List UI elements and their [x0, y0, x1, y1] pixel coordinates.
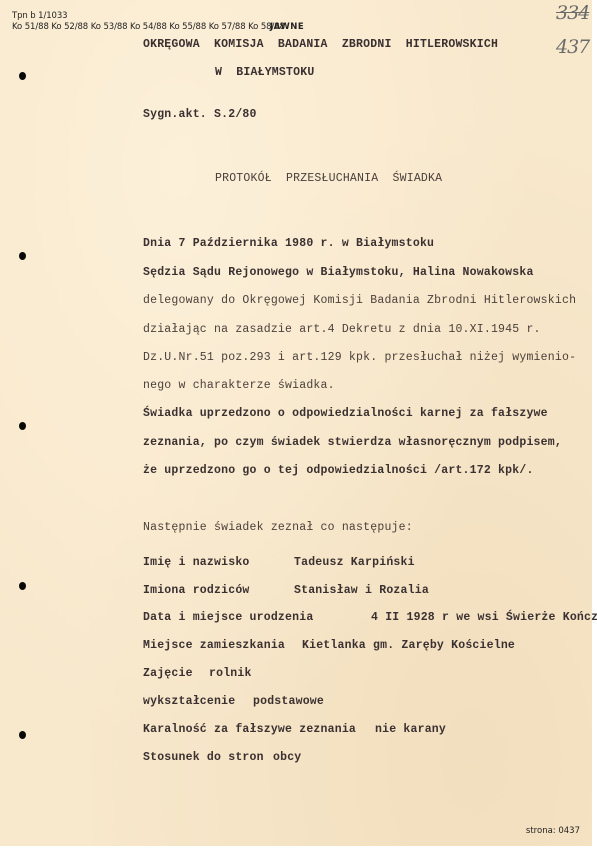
- document-page: Tpn b 1/1033 Ko 51/88 Ko 52/88 Ko 53/88 …: [0, 0, 592, 846]
- punch-hole: [19, 252, 26, 260]
- archive-signature-line-2: Ko 51/88 Ko 52/88 Ko 53/88 Ko 54/88 Ko 5…: [12, 22, 285, 32]
- page-number: strona: 0437: [526, 826, 580, 836]
- archive-signature-line-1: Tpn b 1/1033: [12, 11, 67, 21]
- field-value-occupation: rolnik: [209, 667, 252, 680]
- body-line: działając na zasadzie art.4 Dekretu z dn…: [143, 323, 541, 336]
- field-value-criminal-record: nie karany: [375, 723, 446, 736]
- handwritten-folio-old: 334: [556, 2, 589, 24]
- field-value-education: podstawowe: [253, 695, 324, 708]
- institution-heading: OKRĘGOWA KOMISJA BADANIA ZBRODNI HITLERO…: [143, 38, 498, 51]
- field-label-occupation: Zajęcie: [143, 667, 193, 680]
- institution-city: W BIAŁYMSTOKU: [215, 66, 314, 79]
- field-label-education: wykształcenie: [143, 695, 235, 708]
- field-value-relation: obcy: [273, 751, 301, 764]
- body-line: Dnia 7 Października 1980 r. w Białymstok…: [143, 237, 434, 250]
- field-label-name: Imię i nazwisko: [143, 556, 250, 569]
- body-line: nego w charakterze świadka.: [143, 379, 335, 392]
- field-label-relation: Stosunek do stron: [143, 751, 264, 764]
- testimony-intro: Następnie świadek zeznał co następuje:: [143, 521, 413, 534]
- punch-hole: [19, 731, 26, 739]
- body-line: delegowany do Okręgowej Komisji Badania …: [143, 294, 576, 307]
- body-line: Świadka uprzedzono o odpowiedzialności k…: [143, 407, 548, 420]
- case-number: Sygn.akt. S.2/80: [143, 108, 257, 121]
- field-value-birth: 4 II 1928 r we wsi Świerże Kończany: [371, 611, 597, 624]
- field-label-birth: Data i miejsce urodzenia: [143, 611, 313, 624]
- body-line: Dz.U.Nr.51 poz.293 i art.129 kpk. przesł…: [143, 351, 576, 364]
- punch-hole: [19, 582, 26, 590]
- body-line: Sędzia Sądu Rejonowego w Białymstoku, Ha…: [143, 266, 534, 279]
- classification-stamp: JAWNE: [270, 22, 304, 32]
- field-value-residence: Kietlanka gm. Zaręby Kościelne: [302, 639, 515, 652]
- handwritten-folio-new: 437: [556, 36, 589, 58]
- field-label-criminal-record: Karalność za fałszywe zeznania: [143, 723, 356, 736]
- document-title: PROTOKÓŁ PRZESŁUCHANIA ŚWIADKA: [215, 172, 442, 185]
- body-line: że uprzedzono go o tej odpowiedzialności…: [143, 464, 534, 477]
- field-value-parents: Stanisław i Rozalia: [294, 584, 429, 597]
- field-label-parents: Imiona rodziców: [143, 584, 250, 597]
- punch-hole: [19, 72, 26, 80]
- field-label-residence: Miejsce zamieszkania: [143, 639, 285, 652]
- body-line: zeznania, po czym świadek stwierdza włas…: [143, 436, 562, 449]
- field-value-name: Tadeusz Karpiński: [294, 556, 415, 569]
- punch-hole: [19, 422, 26, 430]
